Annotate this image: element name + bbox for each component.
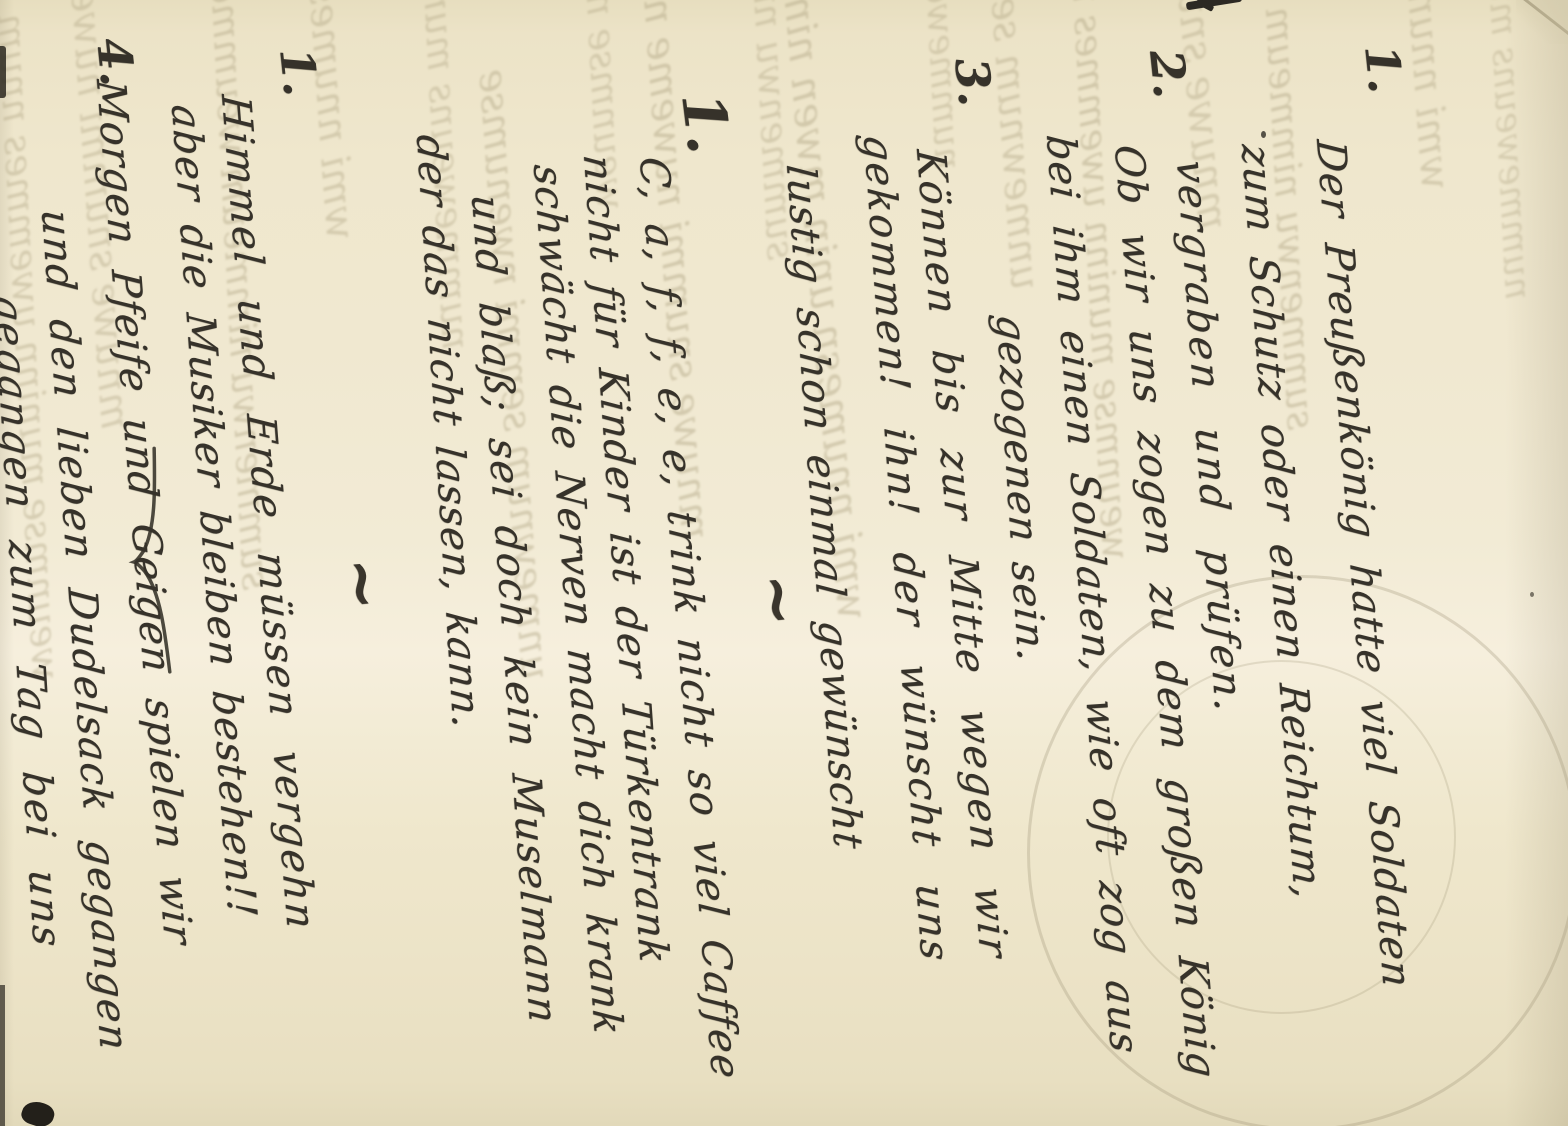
item-marker-1c: 1. <box>269 45 328 98</box>
item-marker-3: 3. <box>944 55 1003 108</box>
handwritten-page: nummeweuns muniwenn sneummi wmi nnumesn … <box>0 0 1568 1126</box>
bleed-through-ghost-line: unmewnum semmi nwenumse <box>959 0 1048 292</box>
bleed-through-ghost-line: wmi nnumesn unin mwen nime <box>273 0 363 242</box>
bleed-through-ghost-line: nummeweuns muniwenn sneummi <box>1464 0 1538 301</box>
item-marker-2: 2. <box>1139 47 1198 100</box>
item-marker-1: 1. <box>1354 42 1413 95</box>
item-marker-1b: 1. <box>668 89 743 157</box>
separator-squiggle: ~ <box>739 570 818 630</box>
handwritten-line: gezogenen sein. <box>987 313 1055 664</box>
ink-speck <box>1530 592 1534 597</box>
separator-squiggle: ~ <box>323 554 402 614</box>
scan-edge-sliver <box>0 985 5 1126</box>
scan-edge-sliver <box>0 46 6 98</box>
scanned-document: nummeweuns muniwenn sneummi wmi nnumesn … <box>0 0 1568 1126</box>
bleed-through-ghost-line: wmi nnumesn unin mwen nime <box>1368 0 1458 192</box>
ink-speck <box>1261 131 1266 138</box>
corner-fold-shading <box>1516 0 1568 44</box>
